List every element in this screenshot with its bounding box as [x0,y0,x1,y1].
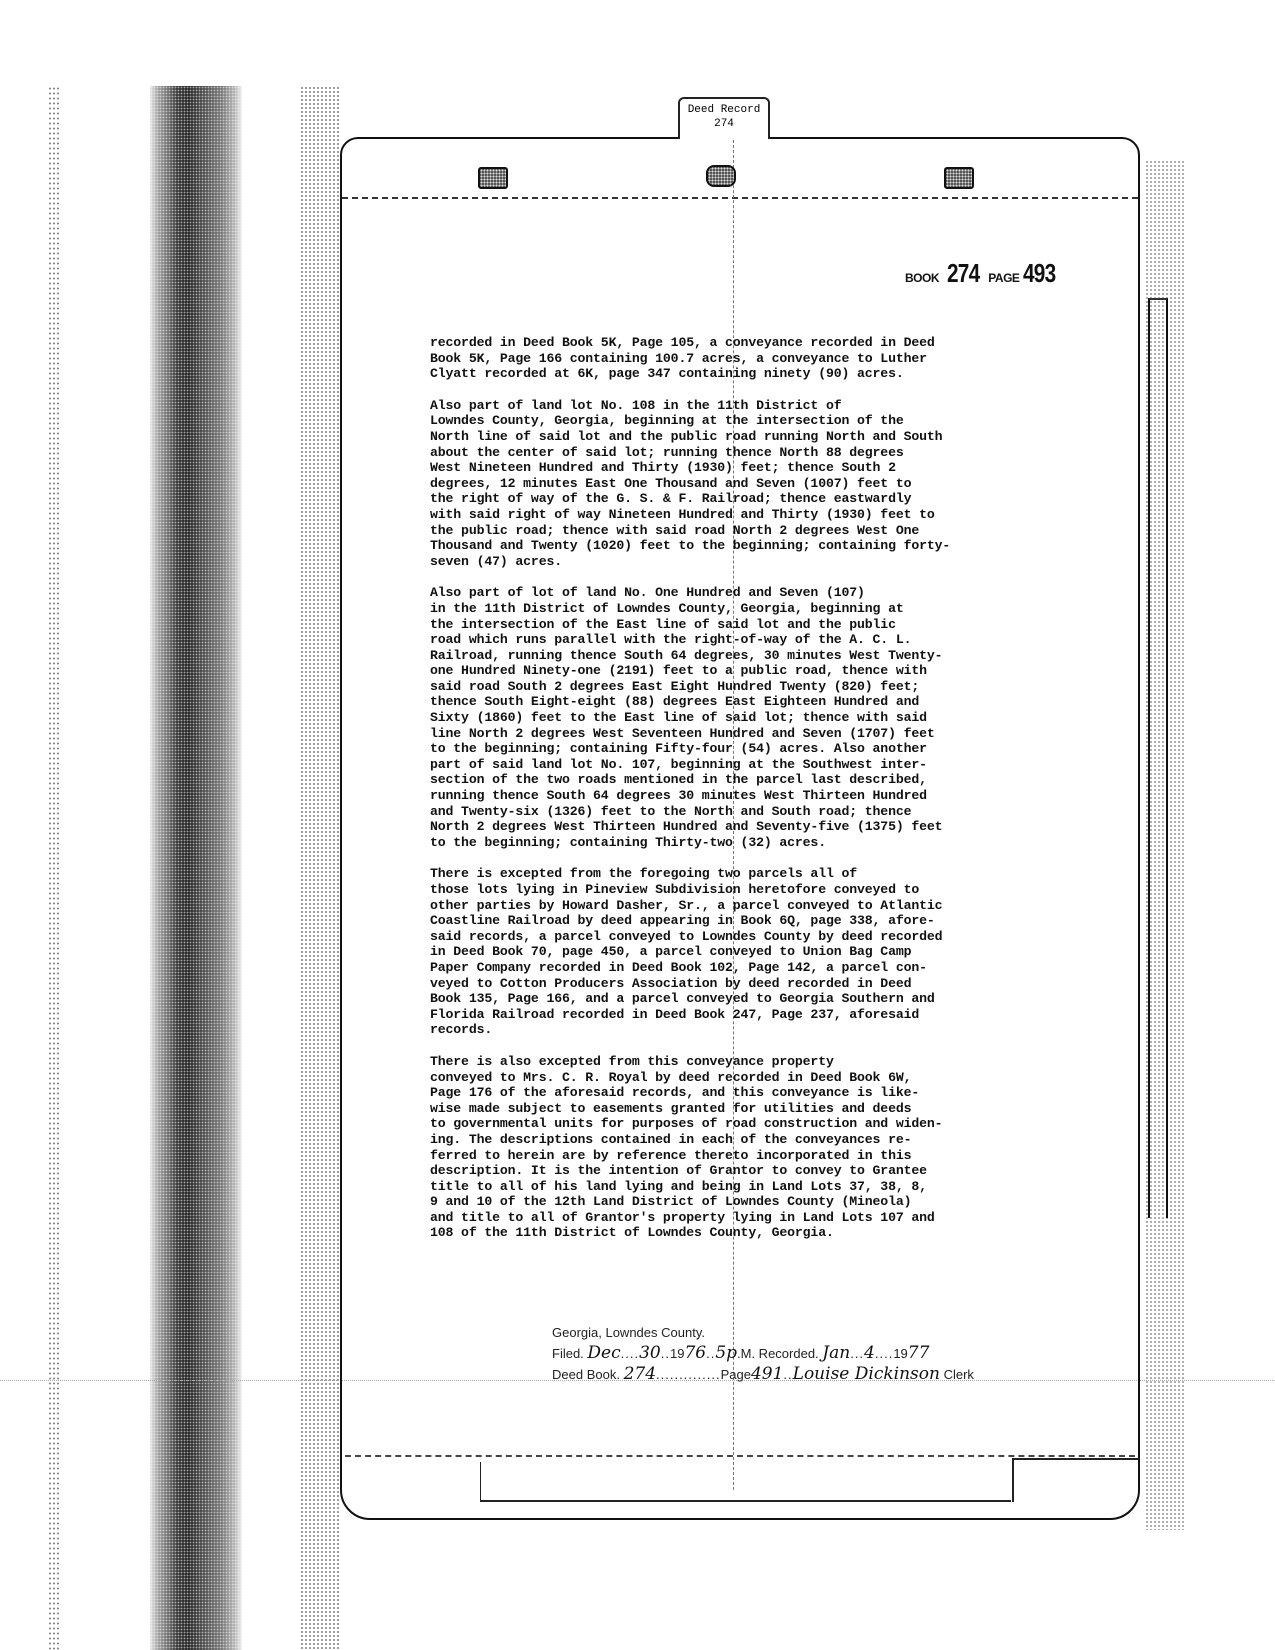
paragraph-lot-107: Also part of lot of land No. One Hundred… [430,585,1030,850]
filed-day: 30 [639,1343,661,1363]
binder-hole-icon [944,167,974,189]
paragraph-lot-108: Also part of land lot No. 108 in the 11t… [430,398,1030,570]
binder-hole-icon [478,167,508,189]
filed-time: 5p [715,1343,737,1363]
stamp-book-line: Deed Book. 274..............Page491..Lou… [552,1364,974,1385]
bottom-corner-box [1012,1458,1140,1502]
paragraph-further-exceptions: There is also excepted from this conveya… [430,1054,1030,1241]
top-rule-line [342,197,1138,199]
stamp-page-value: 491 [751,1364,783,1384]
binding-gutter-shadow [150,86,242,1650]
scan-speckle-artifact [48,86,60,1650]
recorded-month: Jan [822,1343,850,1363]
bottom-rule-line [345,1455,1135,1457]
bottom-box-line [480,1462,1011,1502]
filed-month: Dec [587,1343,620,1363]
stamp-book-value: 274 [624,1364,656,1384]
tab-volume: 274 [680,117,768,131]
deed-body-text: recorded in Deed Book 5K, Page 105, a co… [430,335,1030,1257]
book-label: BOOK [905,271,939,285]
page-number: 493 [1023,258,1055,289]
recorded-year: 77 [908,1343,930,1363]
binder-hole-icon [706,165,736,187]
book-number: 274 [947,258,979,289]
stamp-filed-line: Filed. Dec....30..1976..5p.M. Recorded. … [552,1343,974,1364]
right-margin-rule [1148,298,1168,1218]
recording-stamp: Georgia, Lowndes County. Filed. Dec....3… [552,1323,974,1385]
filed-year: 76 [684,1343,706,1363]
book-page-header: BOOK 274 PAGE493 [905,258,1060,289]
clerk-signature: Louise Dickinson [793,1364,940,1384]
binder-edge-artifact [300,86,340,1650]
recorded-day: 4 [864,1343,875,1363]
page-label: PAGE [988,271,1019,285]
deed-record-tab: Deed Record 274 [678,97,770,139]
paragraph-prior-conveyances: recorded in Deed Book 5K, Page 105, a co… [430,335,1030,382]
stamp-county: Georgia, Lowndes County. [552,1323,974,1343]
tab-title: Deed Record [680,103,768,117]
paragraph-exceptions: There is excepted from the foregoing two… [430,866,1030,1038]
